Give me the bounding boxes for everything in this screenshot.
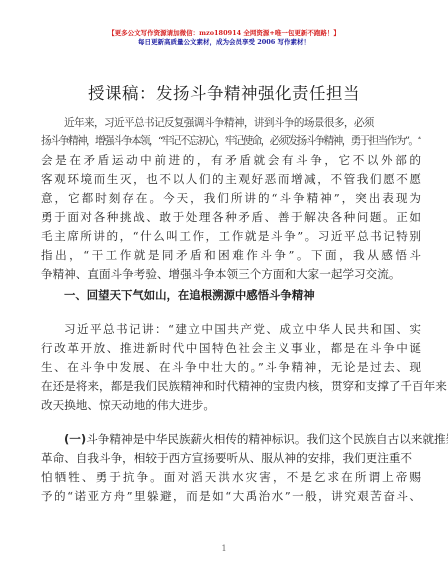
intro-line-2: 扬斗争精神，增强斗争本领，“牢记不忘初心，牢记使命，必须发扬斗争精神，勇于担当作…	[41, 134, 421, 149]
intro-line-7: 毛主席所讲的，“什么叫工作，工作就是斗争”。习近平总书记特别	[41, 229, 421, 244]
subsection1-line-1: (一)斗争精神是中华民族薪火相传的精神标识。我们这个民族自古以来就推崇	[64, 432, 448, 447]
subsection1-line-2: 革命、自我斗争，相较于西方宣扬要听从、服从神的安排，我们更注重不	[41, 451, 421, 466]
document-page: 【更多公文写作资源请加微信：mzo180914 全网资源+唯一包更新不跑路！】 …	[0, 0, 448, 580]
intro-line-1: 近年来，习近平总书记反复强调斗争精神，讲到斗争的场景很多，必须	[64, 116, 421, 131]
intro-line-6: 勇于面对各种挑战、敢于处理各种矛盾、善于解决各种问题。正如	[41, 210, 421, 225]
promo-banner-red: 【更多公文写作资源请加微信：mzo180914 全网资源+唯一包更新不跑路！】	[0, 29, 448, 38]
intro-line-8: 指出，“干工作就是同矛盾和困难作斗争”。下面，我从感悟斗	[41, 248, 421, 263]
section-heading-1: 一、回望天下气如山，在追根溯源中感悟斗争精神	[64, 288, 315, 303]
page-number: 1	[0, 544, 448, 553]
section1-line-4: 在还是将来，都是我们民族精神和时代精神的宝贵内核，贯穿和支撑了千百年来	[41, 379, 448, 394]
subsection1-text: 斗争精神是中华民族薪火相传的精神标识。我们这个民族自古以来就推崇	[86, 432, 448, 446]
section1-line-3: 生、在斗争中发展、在斗争中壮大的。”斗争精神，无论是过去、现	[41, 360, 421, 375]
intro-line-9: 争精神、直面斗争考验、增强斗争本领三个方面和大家一起学习交流。	[41, 267, 421, 282]
subsection1-line-3: 怕牺牲、勇于抗争。面对滔天洪水灾害，不是乞求在所谓上帝赐	[41, 470, 421, 485]
intro-line-4: 客观环境而生灭，也不以人们的主观好恶而增减，不管我们愿不愿	[41, 172, 421, 187]
intro-line-5: 意，它都时刻存在。今天，我们所讲的“斗争精神”，突出表现为	[41, 191, 421, 206]
subsection1-line-4: 予的“诺亚方舟”里躲避，而是如“大禹治水”一般，讲究艰苦奋斗、	[41, 489, 421, 504]
section1-line-5: 改天换地、惊天动地的伟大进步。	[41, 398, 421, 413]
promo-banner-blue: 每日更新高质量公文素材，成为会员享受 2006 写作素材！	[0, 38, 448, 47]
intro-line-3: 会是在矛盾运动中前进的，有矛盾就会有斗争，它不以外部的	[41, 153, 421, 168]
section1-line-1: 习近平总书记讲：“建立中国共产党、成立中华人民共和国、实	[64, 322, 421, 337]
document-title: 授课稿：发扬斗争精神强化责任担当	[0, 83, 448, 105]
section1-line-2: 行改革开放、推进新时代中国特色社会主义事业，都是在斗争中诞	[41, 341, 421, 356]
subsection1-label: (一)	[64, 432, 86, 446]
